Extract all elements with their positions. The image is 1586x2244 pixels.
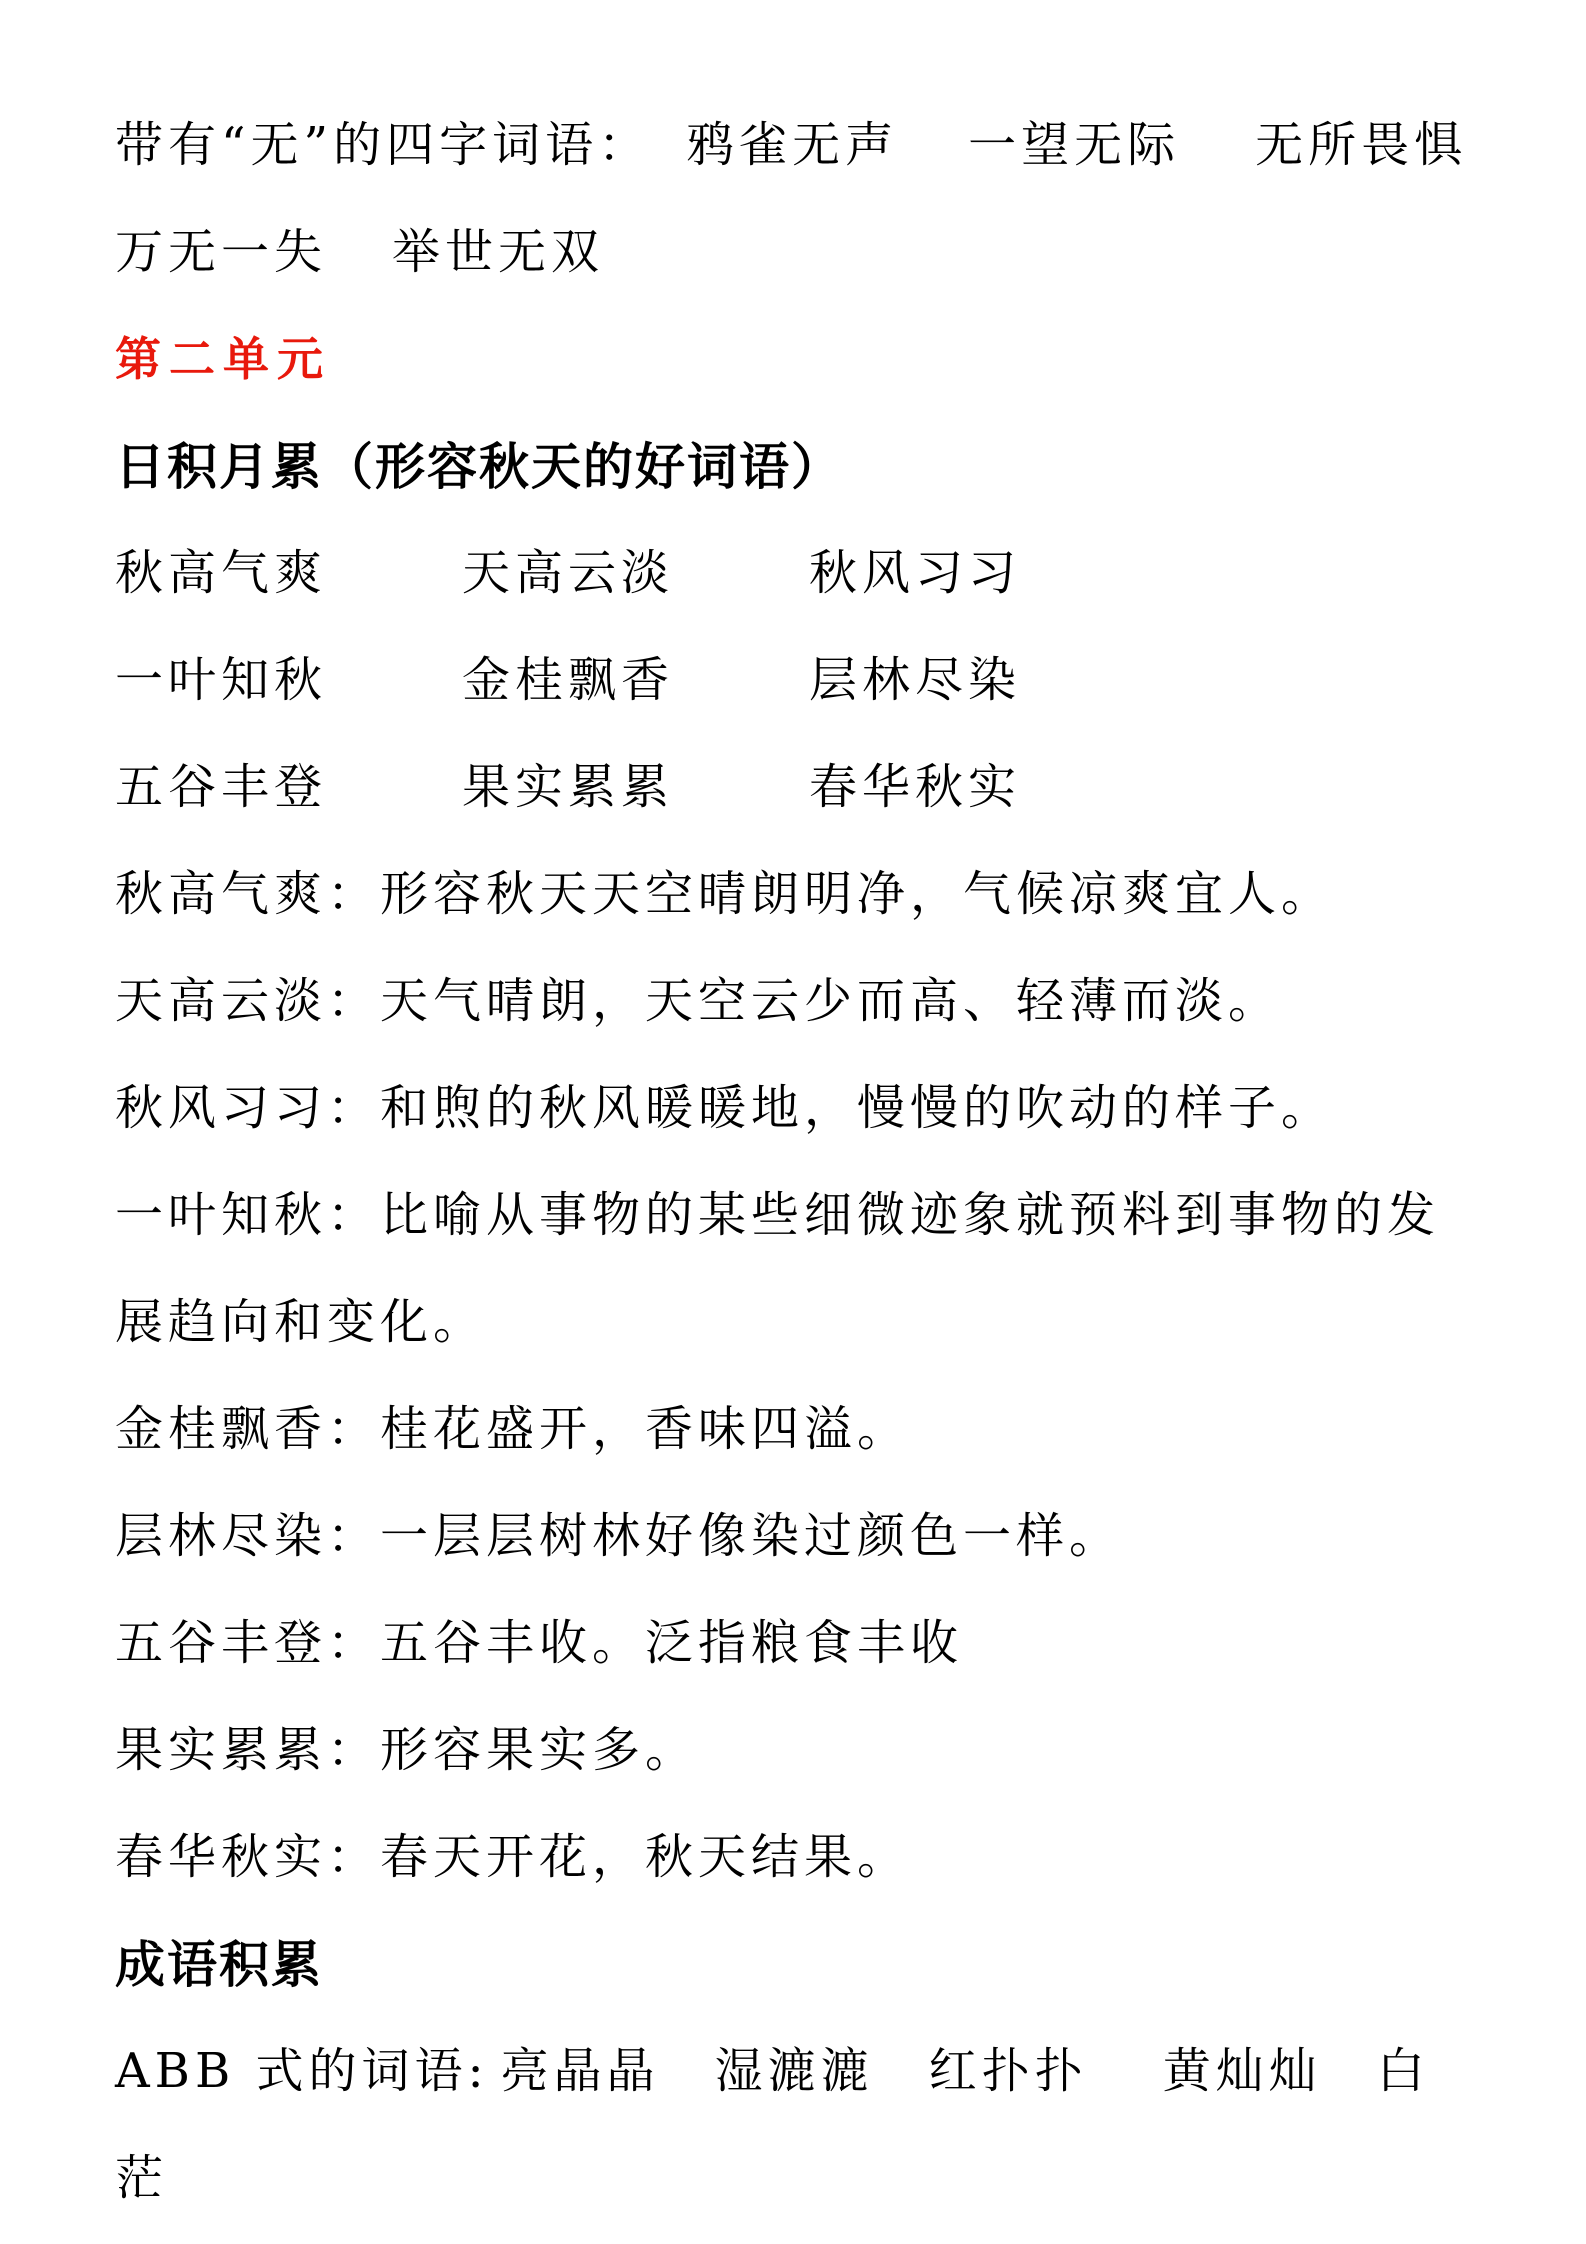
abb-label: ABB 式的词语: [115,2043,489,2099]
definition-tian-gao-yun-dan: 天高云淡：天气晴朗，天空云少而高、轻薄而淡。 [115,948,1471,1055]
word-ceng-lin-jin-ran: 层林尽染 [809,652,1021,708]
word-wu-gu-feng-deng: 五谷丰登 [115,734,462,841]
document-page: 带有“无”的四字词语：鸦雀无声一望无际无所畏惧 万无一失举世无双 第二单元 日积… [0,0,1586,2244]
autumn-words-row-2: 一叶知秋金桂飘香层林尽染 [115,627,1471,734]
chengyu-jilei-heading: 成语积累 [115,1911,1471,2018]
word-qiu-gao-qi-shuang: 秋高气爽 [115,520,462,627]
definition-yi-ye-zhi-qiu: 一叶知秋：比喻从事物的某些细微迹象就预料到事物的发展趋向和变化。 [115,1162,1471,1376]
word-tian-gao-yun-dan: 天高云淡 [462,520,809,627]
autumn-words-row-1: 秋高气爽天高云淡秋风习习 [115,520,1471,627]
unit-2-heading: 第二单元 [115,306,1471,413]
definition-guo-shi-lei-lei: 果实累累：形容果实多。 [115,1697,1471,1804]
word-wan-wu-yi-shi: 万无一失 [115,224,327,280]
definition-ceng-lin-jin-ran: 层林尽染：一层层树林好像染过颜色一样。 [115,1483,1471,1590]
word-jin-gui-piao-xiang: 金桂飘香 [462,627,809,734]
wu-words-line-1: 带有“无”的四字词语：鸦雀无声一望无际无所畏惧 [115,92,1471,199]
word-guo-shi-lei-lei: 果实累累 [462,734,809,841]
definition-qiu-feng-xi-xi: 秋风习习：和煦的秋风暖暖地，慢慢的吹动的样子。 [115,1055,1471,1162]
wu-words-label: 带有“无”的四字词语： [115,117,651,173]
word-yi-wang-wu-ji: 一望无际 [968,117,1180,173]
word-yi-ye-zhi-qiu: 一叶知秋 [115,627,462,734]
abb-words-line: ABB 式的词语:亮晶晶湿漉漉红扑扑黄灿灿白茫 [115,2018,1471,2232]
word-chun-hua-qiu-shi: 春华秋实 [809,759,1021,815]
word-huang-can-can: 黄灿灿 [1163,2043,1322,2099]
definition-jin-gui-piao-xiang: 金桂飘香：桂花盛开，香味四溢。 [115,1376,1471,1483]
word-qiu-feng-xi-xi: 秋风习习 [809,545,1021,601]
word-ju-shi-wu-shuang: 举世无双 [392,224,604,280]
word-shi-lu-lu: 湿漉漉 [715,2043,874,2099]
definition-wu-gu-feng-deng: 五谷丰登：五谷丰收。泛指粮食丰收 [115,1590,1471,1697]
word-ya-que-wu-sheng: 鸦雀无声 [686,117,898,173]
word-liang-jing-jing: 亮晶晶 [501,2043,660,2099]
wu-words-line-2: 万无一失举世无双 [115,199,1471,306]
riji-yuelei-heading: 日积月累（形容秋天的好词语） [115,413,1471,520]
autumn-words-row-3: 五谷丰登果实累累春华秋实 [115,734,1471,841]
word-wu-suo-wei-ju: 无所畏惧 [1255,117,1467,173]
word-hong-pu-pu: 红扑扑 [929,2043,1088,2099]
definition-qiu-gao-qi-shuang: 秋高气爽：形容秋天天空晴朗明净，气候凉爽宜人。 [115,841,1471,948]
definition-chun-hua-qiu-shi: 春华秋实：春天开花，秋天结果。 [115,1804,1471,1911]
